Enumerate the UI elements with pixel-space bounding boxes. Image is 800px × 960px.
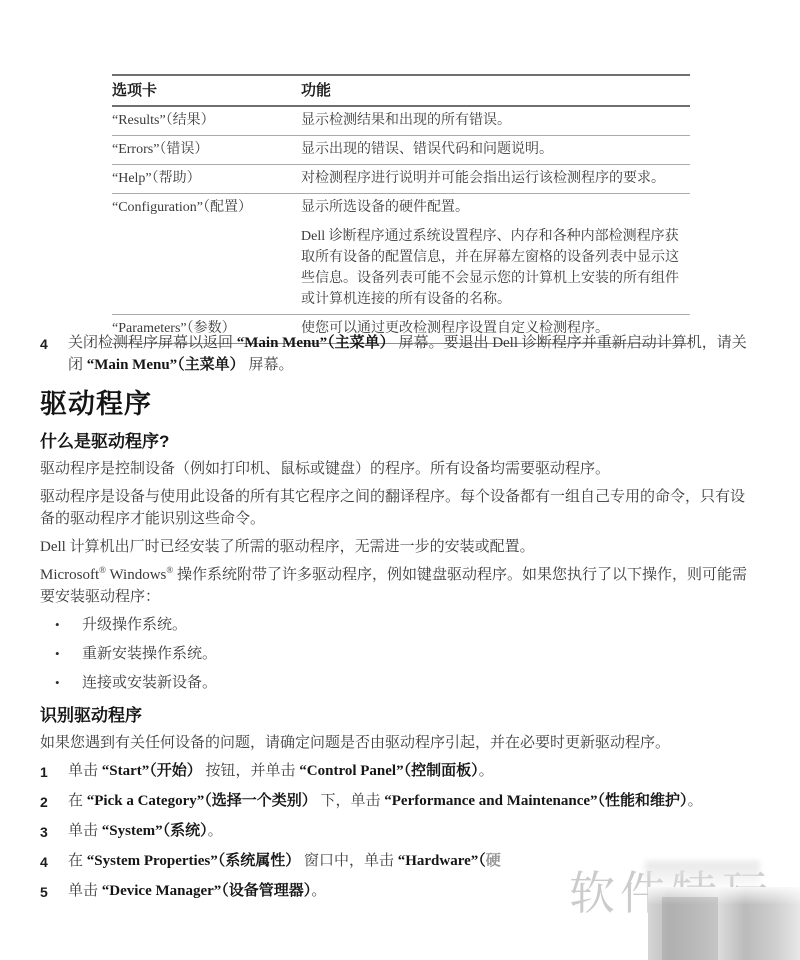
text-segment: 窗口中，单击 (300, 853, 398, 869)
truncated-character: 硬 (486, 853, 501, 869)
bullet-marker: • (55, 672, 82, 694)
tab-name-cell: “Configuration”（配置） (112, 197, 301, 310)
function-cell: 对检测程序进行说明并可能会指出运行该检测程序的要求。 (301, 168, 690, 189)
step-number: 5 (40, 880, 68, 903)
text-segment: “Performance and Maintenance”（性能和维护） (384, 793, 687, 809)
text-segment: “System”（系统） (102, 823, 208, 839)
body-paragraph: 驱动程序是设备与使用此设备的所有其它程序之间的翻译程序。每个设备都有一组自己专用… (40, 486, 758, 530)
function-text: 对检测程序进行说明并可能会指出运行该检测程序的要求。 (301, 168, 690, 189)
step-number: 2 (40, 790, 68, 813)
table-row: “Help”（帮助） 对检测程序进行说明并可能会指出运行该检测程序的要求。 (112, 165, 690, 194)
text-segment: “Hardware”（ (398, 853, 486, 869)
mosaic-blur-block (648, 887, 800, 960)
function-cell: 显示所选设备的硬件配置。 Dell 诊断程序通过系统设置程序、内存和各种内部检测… (301, 197, 690, 310)
step-number: 4 (40, 850, 68, 873)
table-row: “Errors”（错误） 显示出现的错误、错误代码和问题说明。 (112, 136, 690, 165)
text-segment: 单击 (68, 763, 102, 779)
text-segment: 在 (68, 793, 87, 809)
doc-page: 选项卡 功能 “Results”（结果） 显示检测结果和出现的所有错误。 “Er… (0, 0, 800, 960)
text-segment: Windows (106, 567, 166, 583)
text-segment: 下，单击 (317, 793, 385, 809)
body-paragraph: 驱动程序是控制设备（例如打印机、鼠标或键盘）的程序。所有设备均需要驱动程序。 (40, 458, 758, 480)
subsection-heading-what-is-driver: 什么是驱动程序? (40, 432, 758, 452)
tabs-function-table: 选项卡 功能 “Results”（结果） 显示检测结果和出现的所有错误。 “Er… (112, 74, 690, 344)
table-row: “Configuration”（配置） 显示所选设备的硬件配置。 Dell 诊断… (112, 194, 690, 315)
text-segment: 关闭检测程序屏幕以返回 (68, 335, 237, 351)
step-text: 单击 “System”（系统）。 (68, 820, 758, 843)
function-text: 显示所选设备的硬件配置。 (301, 197, 690, 218)
step-text: 关闭检测程序屏幕以返回 “Main Menu”（主菜单） 屏幕。要退出 Dell… (68, 332, 758, 376)
table-header-row: 选项卡 功能 (112, 76, 690, 107)
text-segment: “System Properties”（系统属性） (87, 853, 300, 869)
text-segment: “Pick a Category”（选择一个类别） (87, 793, 317, 809)
text-segment: 按钮，并单击 (202, 763, 300, 779)
numbered-step: 3 单击 “System”（系统）。 (40, 820, 758, 843)
text-segment: 。 (479, 763, 494, 779)
subsection-heading-identify-drivers: 识别驱动程序 (40, 706, 758, 726)
numbered-step: 2 在 “Pick a Category”（选择一个类别） 下，单击 “Perf… (40, 790, 758, 813)
body-paragraph: 如果您遇到有关任何设备的问题，请确定问题是否由驱动程序引起，并在必要时更新驱动程… (40, 732, 758, 754)
bullet-text: 升级操作系统。 (82, 614, 187, 636)
tab-name-cell: “Results”（结果） (112, 110, 301, 131)
text-segment: “Main Menu”（主菜单） (87, 357, 245, 373)
bullet-item: • 重新安装操作系统。 (40, 643, 758, 665)
text-segment: 。 (208, 823, 223, 839)
bullet-marker: • (55, 614, 82, 636)
numbered-step-close-diagnostics: 4 关闭检测程序屏幕以返回 “Main Menu”（主菜单） 屏幕。要退出 De… (40, 332, 758, 376)
column-header-function: 功能 (301, 80, 690, 101)
function-text: 显示检测结果和出现的所有错误。 (301, 110, 690, 131)
text-segment: 屏幕。 (245, 357, 294, 373)
step-number: 3 (40, 820, 68, 843)
mosaic-dark-band (662, 897, 718, 960)
step-number: 1 (40, 760, 68, 783)
section-heading-drivers: 驱动程序 (40, 388, 758, 420)
bullet-list: • 升级操作系统。 • 重新安装操作系统。 • 连接或安装新设备。 (40, 614, 758, 694)
table-row: “Results”（结果） 显示检测结果和出现的所有错误。 (112, 107, 690, 136)
function-cell: 显示检测结果和出现的所有错误。 (301, 110, 690, 131)
text-segment: “Main Menu”（主菜单） (237, 335, 395, 351)
text-segment: 。 (311, 883, 326, 899)
step-number: 4 (40, 332, 68, 376)
step-text-main: 在 “System Properties”（系统属性） 窗口中，单击 “Hard… (68, 853, 486, 869)
step-text: 单击 “Start”（开始） 按钮，并单击 “Control Panel”（控制… (68, 760, 758, 783)
text-segment: Microsoft (40, 567, 99, 583)
column-header-tab: 选项卡 (112, 80, 301, 101)
text-segment: 单击 (68, 883, 102, 899)
bullet-text: 重新安装操作系统。 (82, 643, 217, 665)
text-segment: 单击 (68, 823, 102, 839)
text-segment: “Device Manager”（设备管理器） (102, 883, 312, 899)
text-segment: “Start”（开始） (102, 763, 202, 779)
bullet-text: 连接或安装新设备。 (82, 672, 217, 694)
main-text-column: 4 关闭检测程序屏幕以返回 “Main Menu”（主菜单） 屏幕。要退出 De… (40, 332, 758, 910)
function-text: 显示出现的错误、错误代码和问题说明。 (301, 139, 690, 160)
step-text: 在 “Pick a Category”（选择一个类别） 下，单击 “Perfor… (68, 790, 758, 813)
body-paragraph: Dell 计算机出厂时已经安装了所需的驱动程序，无需进一步的安装或配置。 (40, 536, 758, 558)
bullet-item: • 连接或安装新设备。 (40, 672, 758, 694)
text-segment: ® (99, 565, 106, 575)
text-segment: 在 (68, 853, 87, 869)
body-paragraph: Microsoft® Windows® 操作系统附带了许多驱动程序，例如键盘驱动… (40, 564, 758, 608)
text-segment: 。 (688, 793, 703, 809)
function-cell: 显示出现的错误、错误代码和问题说明。 (301, 139, 690, 160)
tab-name-cell: “Errors”（错误） (112, 139, 301, 160)
numbered-step: 1 单击 “Start”（开始） 按钮，并单击 “Control Panel”（… (40, 760, 758, 783)
function-text: Dell 诊断程序通过系统设置程序、内存和各种内部检测程序获取所有设备的配置信息… (301, 226, 690, 310)
bullet-item: • 升级操作系统。 (40, 614, 758, 636)
tab-name-cell: “Help”（帮助） (112, 168, 301, 189)
bullet-marker: • (55, 643, 82, 665)
text-segment: “Control Panel”（控制面板） (299, 763, 478, 779)
